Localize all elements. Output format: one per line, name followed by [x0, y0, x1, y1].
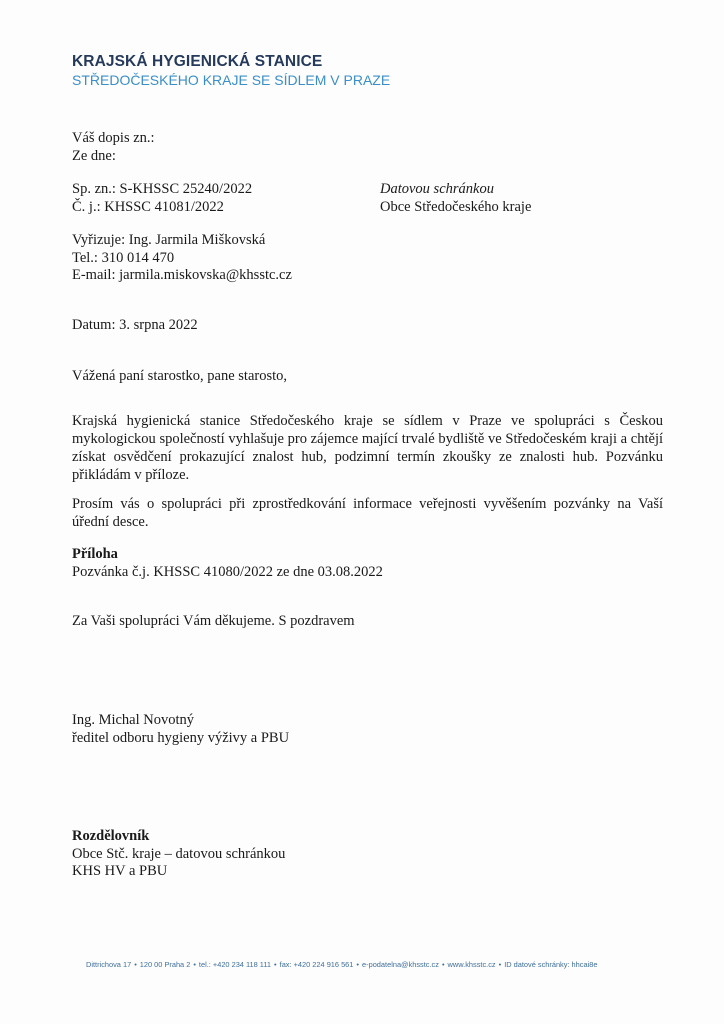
phone: Tel.: 310 014 470 — [72, 249, 174, 267]
footer-email[interactable]: e-podatelna@khsstc.cz — [362, 960, 439, 969]
from-date-label: Ze dne: — [72, 147, 116, 165]
email-address[interactable]: E-mail: jarmila.miskovska@khsstc.cz — [72, 266, 292, 284]
signatory-name: Ing. Michal Novotný — [72, 711, 194, 729]
recipient-name: Obce Středočeského kraje — [380, 198, 531, 216]
org-name: KRAJSKÁ HYGIENICKÁ STANICE — [72, 53, 322, 71]
file-number: Sp. zn.: S-KHSSC 25240/2022 — [72, 180, 252, 198]
attachment-heading: Příloha — [72, 545, 118, 563]
signatory-title: ředitel odboru hygieny výživy a PBU — [72, 729, 289, 747]
org-subtitle: STŘEDOČESKÉHO KRAJE SE SÍDLEM V PRAZE — [72, 72, 390, 88]
footer-contact: Dittrichova 17•120 00 Praha 2•tel.: +420… — [86, 960, 597, 969]
body-paragraph-1: Krajská hygienická stanice Středočeského… — [72, 412, 663, 484]
footer-databox-id: ID datové schránky: hhcai8e — [504, 960, 597, 969]
body-paragraph-2: Prosím vás o spolupráci při zprostředkov… — [72, 495, 663, 531]
reference-number: Č. j.: KHSSC 41081/2022 — [72, 198, 224, 216]
delivery-method: Datovou schránkou — [380, 180, 494, 198]
attachment-item: Pozvánka č.j. KHSSC 41080/2022 ze dne 03… — [72, 563, 383, 581]
distribution-item: Obce Stč. kraje – datovou schránkou — [72, 845, 285, 863]
your-letter-label: Váš dopis zn.: — [72, 129, 155, 147]
distribution-heading: Rozdělovník — [72, 827, 149, 845]
footer-fax: fax: +420 224 916 561 — [280, 960, 354, 969]
footer-city: 120 00 Praha 2 — [140, 960, 191, 969]
closing: Za Vaši spolupráci Vám děkujeme. S pozdr… — [72, 612, 355, 630]
handled-by: Vyřizuje: Ing. Jarmila Miškovská — [72, 231, 265, 249]
footer-phone: tel.: +420 234 118 111 — [199, 960, 271, 969]
footer-website[interactable]: www.khsstc.cz — [448, 960, 496, 969]
distribution-item: KHS HV a PBU — [72, 862, 167, 880]
letter-date: Datum: 3. srpna 2022 — [72, 316, 198, 334]
salutation: Vážená paní starostko, pane starosto, — [72, 367, 287, 385]
footer-address: Dittrichova 17 — [86, 960, 131, 969]
